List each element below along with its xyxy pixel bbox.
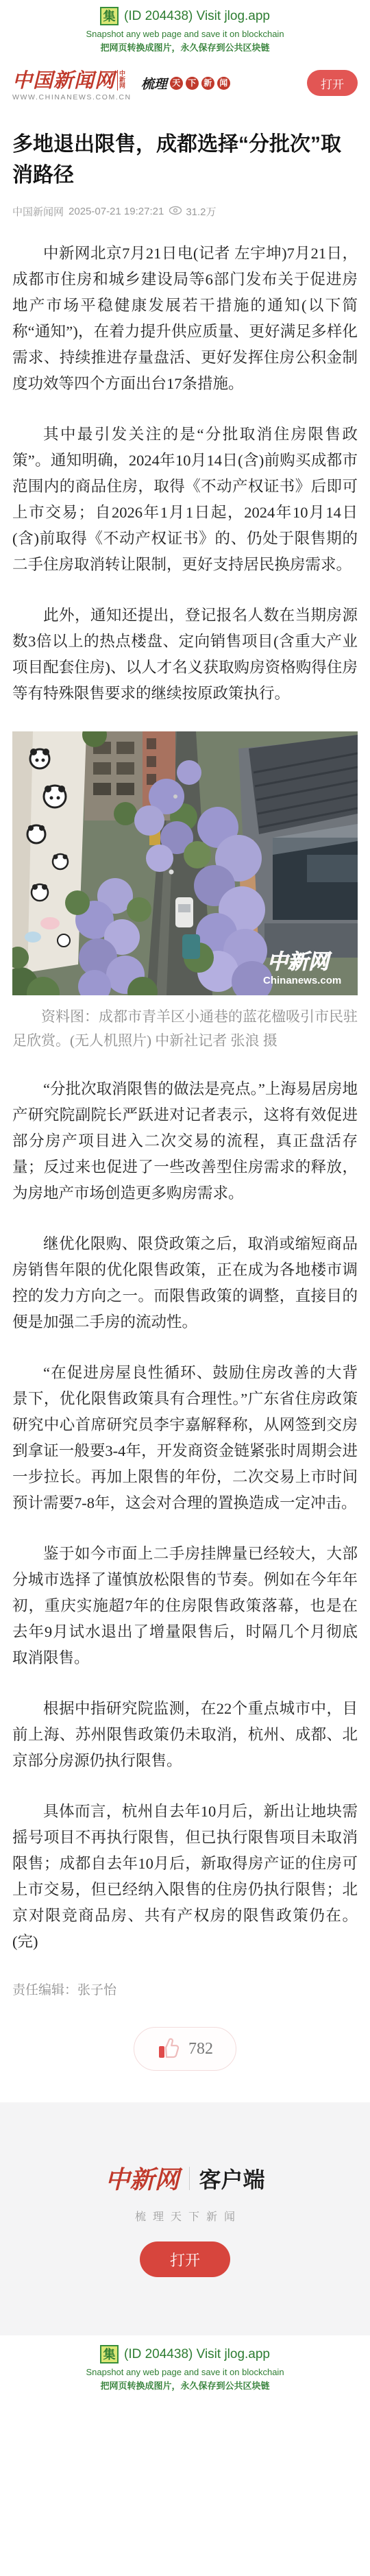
photo-caption: 资料图：成都市青羊区小通巷的蓝花楹吸引市民驻足欣赏。(无人机照片) 中新社记者 … <box>12 1005 358 1053</box>
paragraph: 继优化限购、限贷政策之后，取消或缩短商品房销售年限的优化限售政策，正在成为各地楼… <box>12 1231 358 1335</box>
photo-watermark-cn: 中新网 <box>267 950 332 974</box>
article-title: 多地退出限售，成都选择“分批次”取消路径 <box>12 129 358 191</box>
blockchain-banner-bottom[interactable]: 集 (ID 204438) Visit jlog.app Snapshot an… <box>0 2335 370 2397</box>
article-photo: 中新网 Chinanews.com <box>12 731 358 995</box>
article-source: 中国新闻网 <box>12 204 64 219</box>
view-count: 31.2万 <box>186 204 216 219</box>
open-app-button-bottom[interactable]: 打开 <box>140 2241 230 2277</box>
article-body: 中新网北京7月21日电(记者 左宇坤)7月21日，成都市住房和城乡建设局等6部门… <box>12 241 358 1955</box>
paragraph: 中新网北京7月21日电(记者 左宇坤)7月21日，成都市住房和城乡建设局等6部门… <box>12 241 358 397</box>
like-count: 782 <box>188 2040 213 2058</box>
paragraph: “在促进房屋良性循环、鼓励住房改善的大背景下，优化限售政策具有合理性。”广东省住… <box>12 1360 358 1516</box>
banner-title: (ID 204438) Visit jlog.app <box>124 2347 270 2362</box>
header-tagline: 梳理 天 下 新 闻 <box>141 74 230 93</box>
paragraph: 其中最引发关注的是“分批取消住房限售政策”。通知明确，2024年10月14日(含… <box>12 422 358 578</box>
paragraph: 根据中指研究院监测，在22个重点城市中，目前上海、苏州限售政策仍未取消，杭州、成… <box>12 1696 358 1774</box>
logo-calligraphy: 中国新闻网 <box>12 70 115 90</box>
footer-divider <box>189 2167 190 2190</box>
app-promo-footer: 中新网 客户端 梳理天下新闻 打开 <box>0 2102 370 2335</box>
logo-side-text: 中新网 <box>117 70 125 90</box>
ji-badge-icon: 集 <box>100 2345 119 2364</box>
banner-subtitle-en: Snapshot any web page and save it on blo… <box>0 29 370 39</box>
ji-badge-icon: 集 <box>100 7 119 25</box>
article: 多地退出限售，成都选择“分批次”取消路径 中国新闻网 2025-07-21 19… <box>0 129 370 2071</box>
article-meta: 中国新闻网 2025-07-21 19:27:21 31.2万 <box>12 204 358 219</box>
banner-title: (ID 204438) Visit jlog.app <box>124 9 270 24</box>
tagline-prefix: 梳理 <box>141 74 167 93</box>
tagline-char-xin: 新 <box>201 77 214 90</box>
paragraph: 鉴于如今市面上二手房挂牌量已经较大，大部分城市选择了谨慎放松限售的节奏。例如在今… <box>12 1541 358 1671</box>
article-datetime: 2025-07-21 19:27:21 <box>69 206 164 217</box>
banner-subtitle-cn: 把网页转换成图片，永久保存到公共区块链 <box>0 40 370 53</box>
paragraph: 此外，通知还提出，登记报名人数在当期房源数3倍以上的热点楼盘、定向销售项目(含重… <box>12 603 358 707</box>
chinanews-logo[interactable]: 中国新闻网 中新网 WWW.CHINANEWS.COM.CN <box>12 70 132 101</box>
paragraph: 具体而言，杭州自去年10月后，新出让地块需摇号项目不再执行限售，但已执行限售项目… <box>12 1799 358 1955</box>
blockchain-banner-top[interactable]: 集 (ID 204438) Visit jlog.app Snapshot an… <box>0 0 370 59</box>
thumbs-up-icon <box>157 2037 182 2062</box>
view-counter: 31.2万 <box>169 204 216 219</box>
open-app-button-top[interactable]: 打开 <box>307 70 358 96</box>
site-header: 中国新闻网 中新网 WWW.CHINANEWS.COM.CN 梳理 天 下 新 … <box>0 59 370 108</box>
like-button[interactable]: 782 <box>134 2027 236 2071</box>
tagline-char-xia: 下 <box>186 77 199 90</box>
footer-logo-calligraphy: 中新网 <box>105 2161 179 2196</box>
banner-subtitle-en: Snapshot any web page and save it on blo… <box>0 2367 370 2377</box>
tagline-char-tian: 天 <box>170 77 183 90</box>
paragraph: “分批次取消限售的做法是亮点。”上海易居房地产研究院副院长严跃进对记者表示，这将… <box>12 1076 358 1206</box>
tagline-char-wen: 闻 <box>217 77 230 90</box>
logo-url: WWW.CHINANEWS.COM.CN <box>12 93 132 101</box>
footer-client-label: 客户端 <box>199 2163 265 2194</box>
photo-watermark-en: Chinanews.com <box>263 975 341 986</box>
banner-subtitle-cn: 把网页转换成图片，永久保存到公共区块链 <box>0 2379 370 2392</box>
editor-credit: 责任编辑：张子怡 <box>12 1980 358 1998</box>
footer-tagline: 梳理天下新闻 <box>128 2208 242 2224</box>
eye-icon <box>169 206 182 218</box>
